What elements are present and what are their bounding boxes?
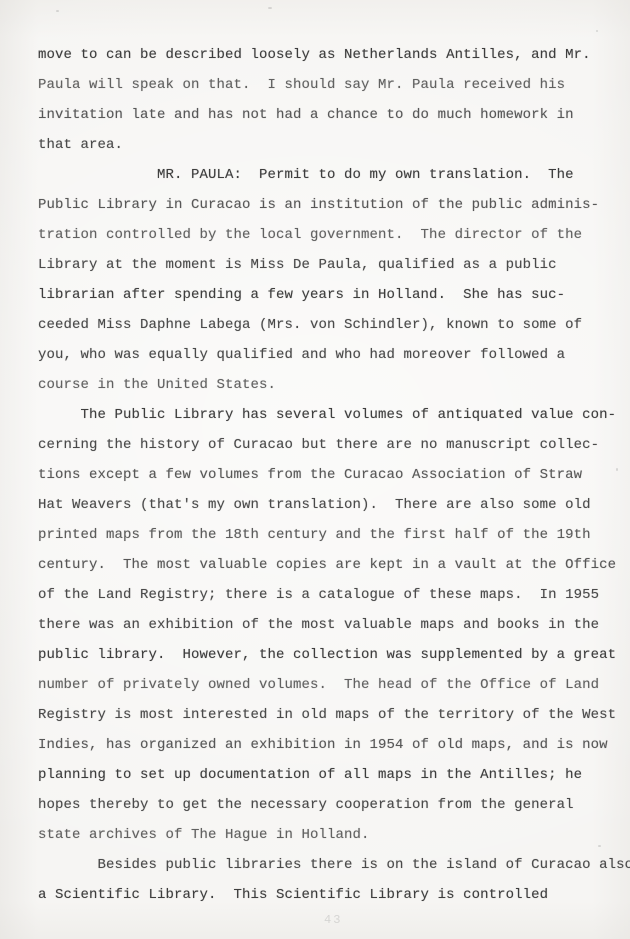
text-line: hopes thereby to get the necessary coope… — [38, 790, 620, 820]
text-line: Hat Weavers (that's my own translation).… — [38, 490, 620, 520]
text-line: move to can be described loosely as Neth… — [38, 40, 620, 70]
text-line: Library at the moment is Miss De Paula, … — [38, 250, 620, 280]
text-line: The Public Library has several volumes o… — [38, 400, 620, 430]
text-line: Besides public libraries there is on the… — [38, 850, 620, 880]
text-line: ceeded Miss Daphne Labega (Mrs. von Schi… — [38, 310, 620, 340]
text-line: planning to set up documentation of all … — [38, 760, 620, 790]
text-line: Public Library in Curacao is an institut… — [38, 190, 620, 220]
scan-artifact — [596, 30, 598, 32]
text-line: cerning the history of Curacao but there… — [38, 430, 620, 460]
document-page: move to can be described loosely as Neth… — [38, 40, 620, 910]
text-line: invitation late and has not had a chance… — [38, 100, 620, 130]
scan-artifact — [268, 7, 272, 9]
text-line: MR. PAULA: Permit to do my own translati… — [38, 160, 620, 190]
text-line: public library. However, the collection … — [38, 640, 620, 670]
text-line: that area. — [38, 130, 620, 160]
text-line: tration controlled by the local governme… — [38, 220, 620, 250]
text-line: century. The most valuable copies are ke… — [38, 550, 620, 580]
text-line: a Scientific Library. This Scientific Li… — [38, 880, 620, 910]
text-line: printed maps from the 18th century and t… — [38, 520, 620, 550]
text-line: Registry is most interested in old maps … — [38, 700, 620, 730]
text-line: of the Land Registry; there is a catalog… — [38, 580, 620, 610]
text-line: state archives of The Hague in Holland. — [38, 820, 620, 850]
text-line: Indies, has organized an exhibition in 1… — [38, 730, 620, 760]
text-line: you, who was equally qualified and who h… — [38, 340, 620, 370]
text-line: tions except a few volumes from the Cura… — [38, 460, 620, 490]
text-line: there was an exhibition of the most valu… — [38, 610, 620, 640]
text-line: Paula will speak on that. I should say M… — [38, 70, 620, 100]
scan-artifact — [56, 10, 59, 12]
text-line: course in the United States. — [38, 370, 620, 400]
text-line: librarian after spending a few years in … — [38, 280, 620, 310]
page-number: 43 — [324, 913, 342, 927]
text-line: number of privately owned volumes. The h… — [38, 670, 620, 700]
